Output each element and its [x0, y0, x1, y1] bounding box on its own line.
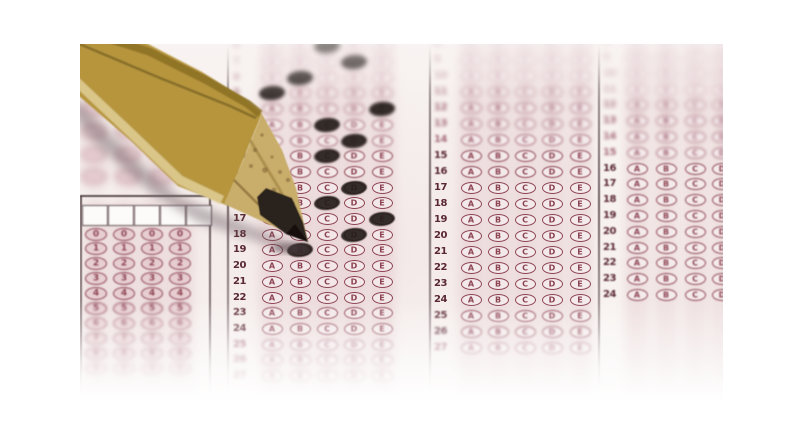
answer-bubble: B [290, 323, 311, 335]
answer-bubble: D [542, 342, 563, 354]
bubble-letter: E [373, 372, 392, 381]
answer-bubble: C [685, 194, 706, 206]
answer-bubble: E [372, 244, 393, 256]
id-digit-bubble: 2 [85, 257, 107, 270]
bubble-letter: B [657, 291, 676, 300]
bubble-letter: D [543, 216, 562, 225]
bubble-letter: A [462, 104, 481, 113]
id-digit: 5 [114, 304, 134, 314]
question-number: 18 [434, 198, 447, 209]
answer-bubble: E [372, 307, 393, 319]
answer-bubble: D [712, 257, 724, 269]
question-number: 15 [434, 150, 447, 161]
bubble-letter: A [263, 167, 282, 176]
bubble-letter: B [489, 200, 508, 209]
answer-bubble: A [627, 131, 648, 143]
answer-bubble: B [656, 273, 677, 285]
answer-bubble: D [712, 242, 724, 254]
id-digit-bubble: 5 [169, 302, 191, 315]
answer-bubble: A [262, 119, 283, 131]
id-digit: 1 [142, 244, 162, 254]
bubble-letter: B [489, 312, 508, 321]
answer-bubble: B [488, 102, 509, 114]
bubble-letter: B [291, 340, 310, 349]
answer-bubble: D [712, 147, 724, 159]
answer-bubble: A [262, 307, 283, 319]
bubble-letter: A [263, 340, 282, 349]
bubble-letter: B [657, 180, 676, 189]
bubble-letter: D [543, 312, 562, 321]
bubble-letter: E [571, 216, 590, 225]
bubble-letter: B [489, 328, 508, 337]
bubble-letter: C [686, 101, 705, 110]
question-number: 6 [233, 44, 239, 51]
bubble-letter: D [543, 264, 562, 273]
answer-bubble: D [542, 102, 563, 114]
bubble-letter: D [345, 167, 364, 176]
answer-bubble: C [317, 87, 338, 99]
answer-bubble: B [488, 86, 509, 98]
bubble-letter: A [263, 262, 282, 271]
id-digit: 9 [114, 363, 134, 373]
answer-bubble: E [570, 214, 591, 226]
bubble-letter: A [263, 246, 282, 255]
id-digit: 8 [142, 348, 162, 358]
bubble-letter: D [345, 199, 364, 208]
answer-bubble: C [515, 54, 536, 66]
id-digit: 6 [170, 318, 190, 328]
id-digit-bubble: 8 [169, 347, 191, 360]
id-digit-bubble: 5 [141, 302, 163, 315]
bubble-letter: A [263, 120, 282, 129]
answer-bubble: B [290, 339, 311, 351]
id-digit-bubble: 1 [113, 242, 135, 255]
blurred-bubble [149, 124, 175, 139]
bubble-letter: B [489, 152, 508, 161]
bubble-letter: E [571, 264, 590, 273]
separator-line [598, 44, 600, 400]
answer-bubble: A [627, 147, 648, 159]
answer-bubble: E [372, 56, 393, 68]
question-number: 13 [434, 118, 447, 129]
bubble-letter: C [686, 164, 705, 173]
answer-bubble: D [712, 84, 724, 96]
id-digit: 5 [170, 304, 190, 314]
answer-bubble: D [344, 370, 365, 382]
answer-bubble: D [542, 118, 563, 130]
bubble-letter: C [516, 296, 535, 305]
bubble-letter: E [373, 199, 392, 208]
id-digit: 6 [114, 318, 134, 328]
bubble-letter: E [373, 136, 392, 145]
bubble-letter: C [686, 44, 705, 47]
bubble-letter: C [516, 152, 535, 161]
bubble-letter: B [291, 277, 310, 286]
bubble-letter: A [462, 232, 481, 241]
bubble-letter: E [373, 44, 392, 51]
answer-bubble: B [290, 103, 311, 115]
id-digit-bubble: 5 [113, 302, 135, 315]
answer-bubble: B [290, 307, 311, 319]
id-digit-bubble: 1 [141, 242, 163, 255]
bubble-letter: A [462, 136, 481, 145]
answer-bubble: D [344, 292, 365, 304]
question-number: 20 [233, 260, 246, 271]
answer-bubble: D [542, 54, 563, 66]
answer-bubble: D [712, 210, 724, 222]
question-number: 18 [603, 194, 616, 205]
answer-bubble: D [344, 354, 365, 366]
id-digit-bubble: 8 [85, 347, 107, 360]
bubble-letter: C [318, 167, 337, 176]
bubble-letter: A [263, 230, 282, 239]
id-digit-bubble: 2 [169, 257, 191, 270]
bubble-letter: A [462, 152, 481, 161]
answer-bubble: B [488, 342, 509, 354]
bubble-letter: A [263, 277, 282, 286]
answer-bubble: C [515, 182, 536, 194]
bubble-letter: E [571, 296, 590, 305]
answer-bubble: A [262, 135, 283, 147]
bubble-letter: D [345, 120, 364, 129]
bubble-letter: A [263, 215, 282, 224]
answer-bubble: E [570, 198, 591, 210]
answer-bubble: C [685, 273, 706, 285]
answer-bubble: A [262, 354, 283, 366]
bubble-letter: A [628, 212, 647, 221]
write-in-box [108, 205, 134, 226]
bubble-letter: C [516, 280, 535, 289]
id-digit: 5 [142, 304, 162, 314]
bubble-letter: A [628, 227, 647, 236]
question-number: 8 [434, 44, 440, 49]
answer-bubble: D [542, 278, 563, 290]
answer-bubble: A [461, 118, 482, 130]
bubble-letter: D [543, 184, 562, 193]
answer-bubble: B [488, 198, 509, 210]
answer-bubble: D [712, 273, 724, 285]
answer-bubble: A [627, 178, 648, 190]
answer-bubble: B [488, 54, 509, 66]
bubble-letter: B [489, 44, 508, 49]
bubble-letter: D [345, 89, 364, 98]
bubble-letter: E [571, 184, 590, 193]
answer-bubble: D [344, 103, 365, 115]
bubble-letter: A [462, 344, 481, 353]
answer-bubble: C [317, 244, 338, 256]
bubble-letter: D [713, 275, 724, 284]
answer-bubble: C [515, 230, 536, 242]
bubble-letter: E [571, 56, 590, 65]
answer-bubble: E [570, 134, 591, 146]
bubble-letter: D [345, 293, 364, 302]
answer-bubble: D [344, 307, 365, 319]
id-digit-bubble: 9 [85, 362, 107, 375]
bubble-letter: A [263, 356, 282, 365]
answer-bubble: B [488, 230, 509, 242]
bubble-letter: B [657, 85, 676, 94]
bubble-letter: A [628, 133, 647, 142]
answer-bubble: A [627, 226, 648, 238]
bubble-letter: B [489, 120, 508, 129]
id-digit-bubble: 2 [113, 257, 135, 270]
id-digit: 6 [86, 318, 106, 328]
bubble-letter: D [713, 291, 724, 300]
id-digit: 2 [170, 259, 190, 269]
question-number: 27 [233, 370, 246, 381]
bubble-letter: D [345, 262, 364, 271]
answer-bubble: C [515, 198, 536, 210]
answer-bubble: C [515, 278, 536, 290]
bubble-letter: C [686, 148, 705, 157]
answer-bubble: A [461, 198, 482, 210]
answer-bubble: D [542, 182, 563, 194]
bubble-letter: B [489, 280, 508, 289]
answer-bubble: E [570, 54, 591, 66]
bubble-letter: C [686, 259, 705, 268]
id-digit: 3 [114, 274, 134, 284]
answer-bubble: D [712, 115, 724, 127]
answer-bubble: D [712, 289, 724, 301]
id-digit-bubble: 3 [113, 272, 135, 285]
answer-bubble: A [262, 323, 283, 335]
bubble-letter: E [373, 356, 392, 365]
bubble-letter: B [489, 232, 508, 241]
answer-bubble: D [542, 230, 563, 242]
answer-bubble: C [685, 68, 706, 80]
blurred-bubble [149, 101, 175, 116]
question-number: 26 [434, 326, 447, 337]
separator-line [227, 44, 229, 400]
answer-bubble: B [488, 182, 509, 194]
bubble-letter: D [713, 164, 724, 173]
id-digit: 0 [142, 229, 162, 239]
id-digit: 7 [114, 333, 134, 343]
bubble-letter: C [318, 215, 337, 224]
question-number: 15 [603, 147, 616, 158]
id-digit: 3 [142, 274, 162, 284]
bubble-letter: A [263, 136, 282, 145]
answer-bubble: A [262, 370, 283, 382]
answer-bubble: A [262, 197, 283, 209]
answer-bubble: A [627, 257, 648, 269]
bubble-letter: C [686, 227, 705, 236]
bubble-letter: E [373, 58, 392, 67]
answer-bubble: D [542, 70, 563, 82]
answer-bubble: B [488, 294, 509, 306]
bubble-letter: C [516, 200, 535, 209]
answer-bubble: A [461, 246, 482, 258]
bubble-letter: C [318, 262, 337, 271]
bubble-letter: A [462, 216, 481, 225]
separator-line [429, 44, 431, 400]
bubble-letter: B [657, 275, 676, 284]
question-number: 12 [233, 135, 246, 146]
bubble-letter: B [291, 199, 310, 208]
answer-bubble: E [372, 370, 393, 382]
id-digit: 1 [114, 244, 134, 254]
answer-bubble: B [656, 99, 677, 111]
question-number: 18 [233, 229, 246, 240]
bubble-letter: C [516, 136, 535, 145]
bubble-letter: D [713, 196, 724, 205]
answer-bubble: B [488, 150, 509, 162]
bubble-letter: D [345, 246, 364, 255]
bubble-letter: A [462, 168, 481, 177]
answer-bubble: A [262, 292, 283, 304]
bubble-letter: B [291, 120, 310, 129]
id-digit-bubble: 8 [113, 347, 135, 360]
answer-bubble: C [317, 72, 338, 84]
answer-bubble: B [656, 210, 677, 222]
answer-bubble: B [656, 163, 677, 175]
bubble-letter: B [291, 44, 310, 51]
bubble-letter: E [373, 246, 392, 255]
answer-bubble: A [461, 262, 482, 274]
bubble-letter: E [571, 88, 590, 97]
answer-bubble: B [656, 178, 677, 190]
answer-bubble: A [262, 72, 283, 84]
blurred-bubble [81, 147, 107, 162]
answer-bubble: C [685, 163, 706, 175]
bubble-letter: D [543, 136, 562, 145]
question-number: 16 [603, 163, 616, 174]
id-digit: 8 [86, 348, 106, 358]
bubble-letter: B [657, 44, 676, 47]
answer-bubble: B [290, 370, 311, 382]
question-number: 26 [233, 354, 246, 365]
bubble-letter: B [291, 183, 310, 192]
bubble-letter: A [462, 248, 481, 257]
id-digit-bubble: 2 [141, 257, 163, 270]
question-number: 17 [603, 178, 616, 189]
answer-bubble: E [570, 326, 591, 338]
answer-bubble: A [627, 52, 648, 64]
bubble-letter: A [462, 264, 481, 273]
id-digit-bubble: 6 [113, 317, 135, 330]
bubble-letter: D [713, 180, 724, 189]
answer-bubble: A [627, 289, 648, 301]
bubble-letter: D [345, 44, 364, 51]
answer-bubble: D [542, 310, 563, 322]
answer-bubble: C [515, 214, 536, 226]
bubble-letter: C [686, 69, 705, 78]
bubble-letter: D [713, 69, 724, 78]
blurred-bubble [149, 169, 175, 184]
bubble-letter: D [543, 232, 562, 241]
bubble-letter: B [291, 152, 310, 161]
id-digit-bubble: 8 [141, 347, 163, 360]
bubble-letter: A [263, 324, 282, 333]
answer-bubble: A [461, 310, 482, 322]
bubble-letter: C [318, 372, 337, 381]
answer-bubble: C [685, 84, 706, 96]
answer-bubble: E [570, 150, 591, 162]
bubble-letter: B [489, 264, 508, 273]
bubble-letter: A [263, 44, 282, 51]
answer-bubble: C [685, 99, 706, 111]
bubble-letter: C [318, 105, 337, 114]
id-digit: 4 [114, 289, 134, 299]
answer-bubble: B [488, 262, 509, 274]
bubble-letter: C [516, 72, 535, 81]
answer-bubble: C [317, 213, 338, 225]
answer-bubble: C [685, 131, 706, 143]
answer-bubble: C [515, 342, 536, 354]
id-digit: 4 [142, 289, 162, 299]
bubble-letter: E [571, 248, 590, 257]
answer-bubble: D [542, 86, 563, 98]
bubble-letter: D [713, 212, 724, 221]
answer-bubble: E [570, 262, 591, 274]
bubble-letter: D [543, 152, 562, 161]
answer-bubble: D [712, 68, 724, 80]
id-digit-bubble: 5 [85, 302, 107, 315]
answer-bubble: C [317, 323, 338, 335]
question-number: 10 [233, 103, 246, 114]
bubble-letter: A [462, 88, 481, 97]
bubble-letter: C [318, 73, 337, 82]
answer-bubble: D [344, 244, 365, 256]
answer-bubble: B [290, 229, 311, 241]
bubble-letter: B [291, 293, 310, 302]
bubble-letter: D [345, 340, 364, 349]
answer-bubble: B [656, 115, 677, 127]
bubble-letter: A [462, 184, 481, 193]
answer-bubble: C [685, 115, 706, 127]
bubble-letter: A [628, 85, 647, 94]
write-in-box [160, 205, 186, 226]
bubble-letter: D [713, 85, 724, 94]
answer-bubble: C [317, 229, 338, 241]
bubble-letter: E [373, 152, 392, 161]
answer-bubble: A [461, 86, 482, 98]
answer-bubble: A [627, 68, 648, 80]
answer-bubble: C [685, 289, 706, 301]
answer-bubble: B [656, 52, 677, 64]
id-digit-bubble: 1 [169, 242, 191, 255]
question-number: 20 [434, 230, 447, 241]
answer-bubble: D [344, 150, 365, 162]
bubble-letter: D [345, 105, 364, 114]
answer-bubble: A [461, 166, 482, 178]
answer-bubble: D [712, 194, 724, 206]
answer-bubble: B [488, 326, 509, 338]
bubble-letter: D [543, 328, 562, 337]
bubble-letter: A [462, 296, 481, 305]
id-digit: 2 [142, 259, 162, 269]
photo-canvas: { "scene": { "type": "photograph", "subj… [0, 0, 800, 448]
answer-bubble: D [344, 339, 365, 351]
answer-bubble: D [344, 323, 365, 335]
answer-bubble: B [488, 278, 509, 290]
answer-bubble: D [712, 131, 724, 143]
question-number: 21 [434, 246, 447, 257]
answer-bubble: A [627, 163, 648, 175]
bubble-letter: E [373, 89, 392, 98]
question-number: 9 [603, 52, 609, 63]
bubble-letter: D [345, 152, 364, 161]
answer-bubble: A [627, 210, 648, 222]
bubble-letter: E [373, 340, 392, 349]
bubble-letter: E [373, 73, 392, 82]
question-number: 14 [434, 134, 447, 145]
answer-bubble: B [656, 226, 677, 238]
bubble-letter: B [489, 216, 508, 225]
question-number: 15 [233, 182, 246, 193]
answer-bubble: C [317, 103, 338, 115]
bubble-letter: E [571, 104, 590, 113]
